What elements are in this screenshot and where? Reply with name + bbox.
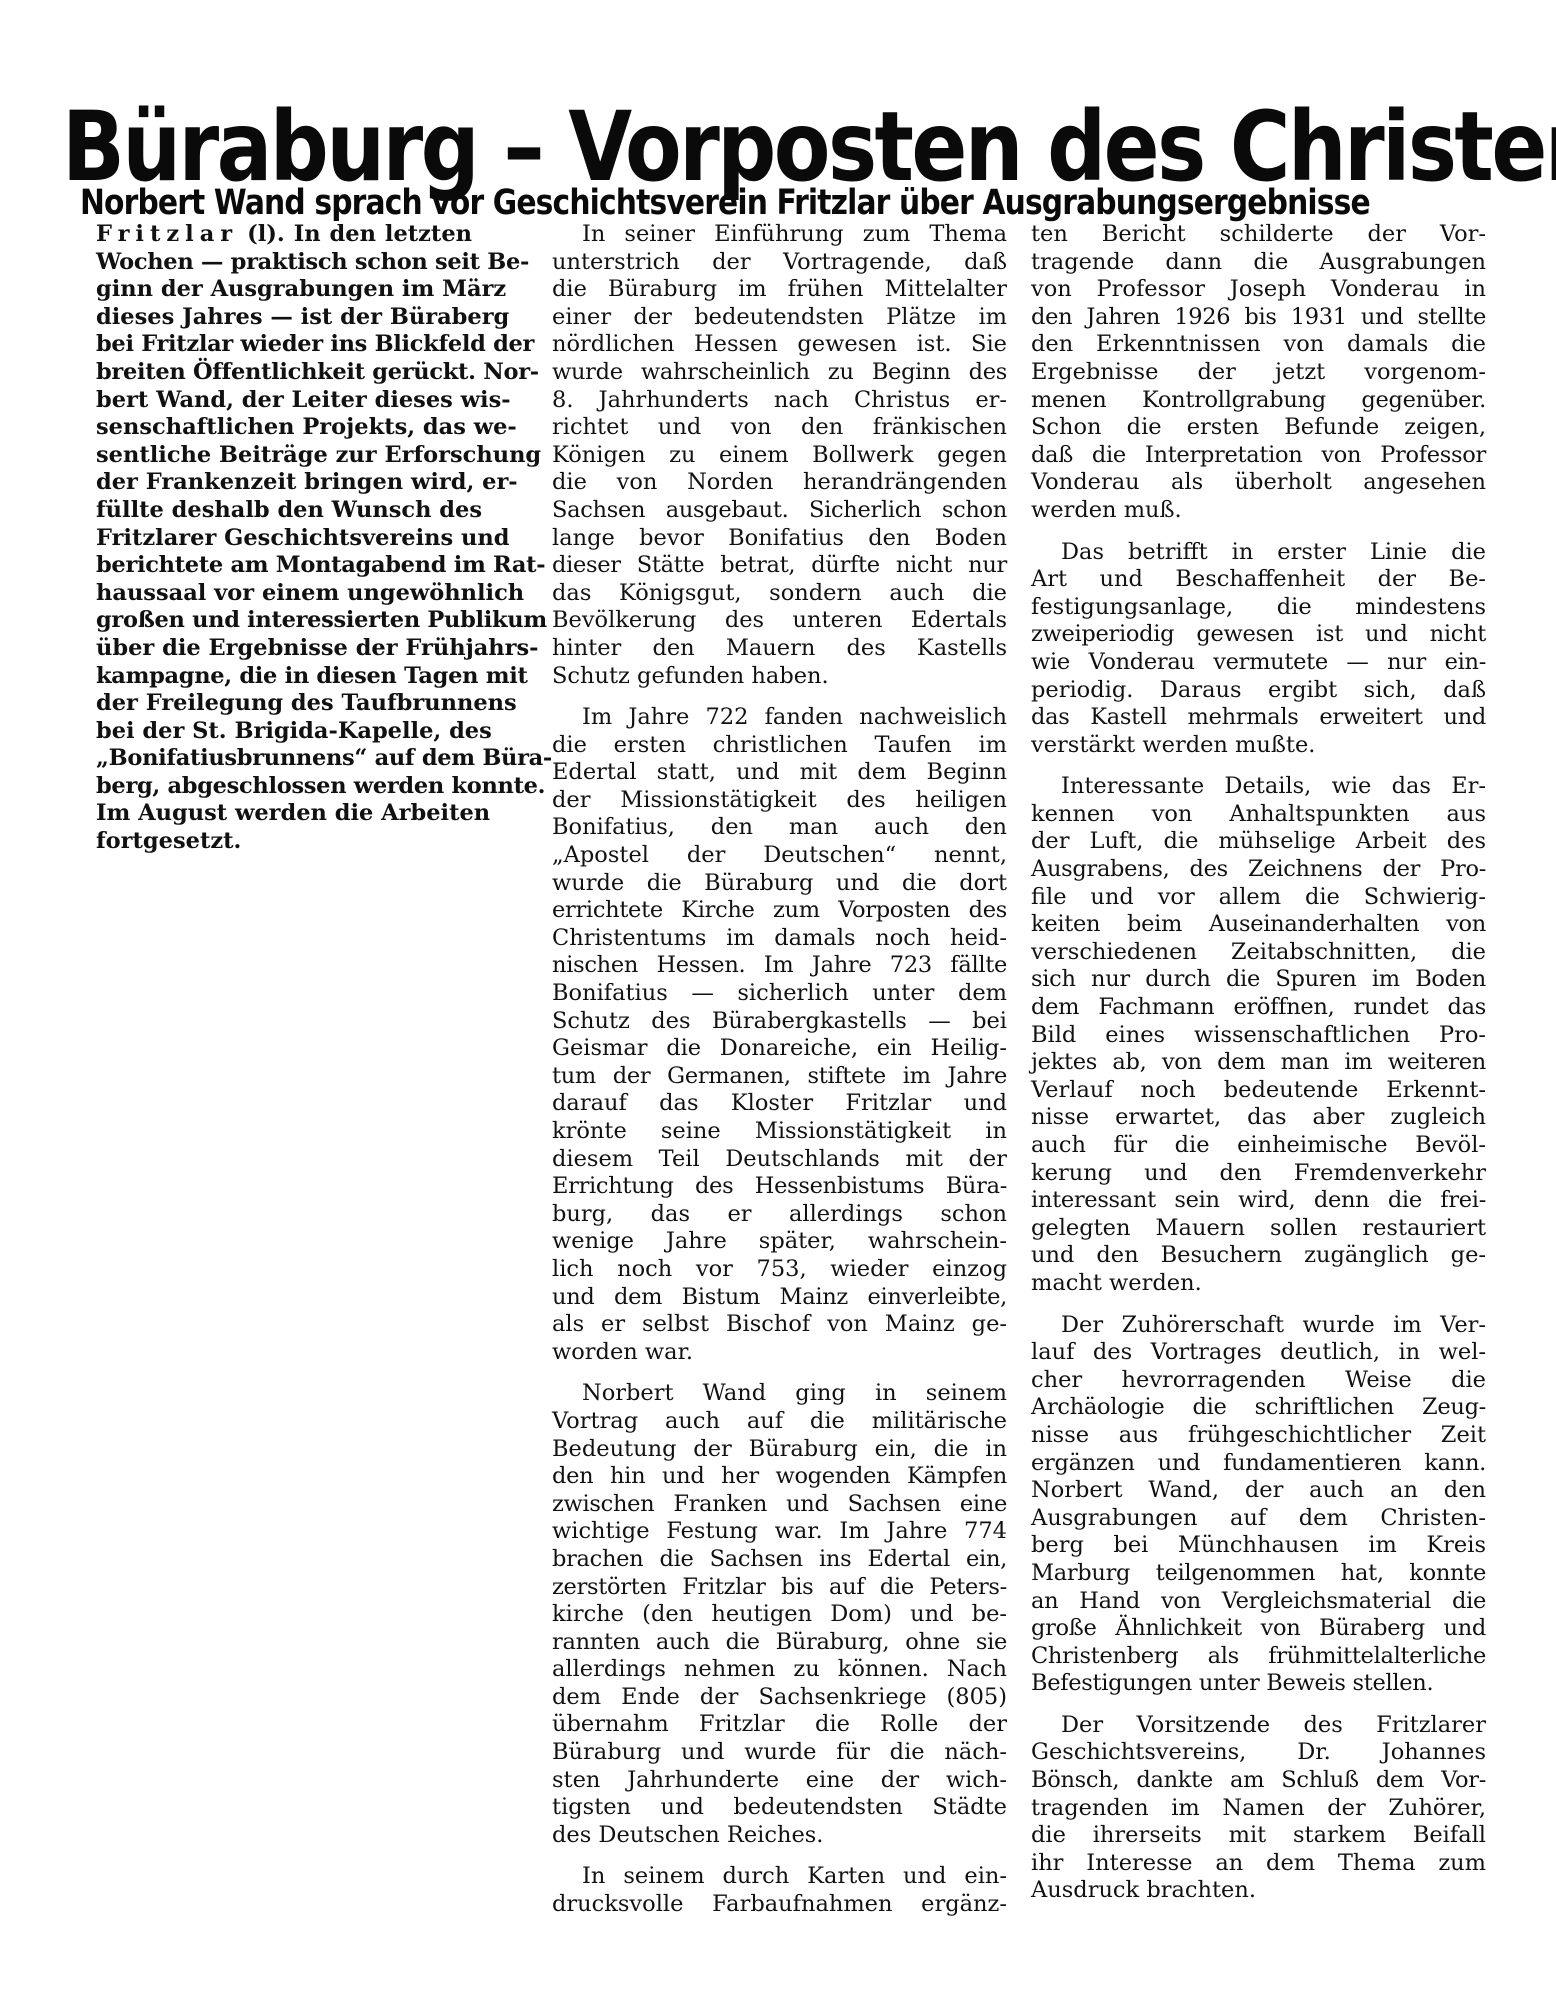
- article-column-2: In seiner Einführung zum Thema unterstri…: [552, 221, 1007, 1933]
- text-line: lich noch vor 753, wieder einzog: [552, 1256, 1007, 1284]
- text-line: kirche (den heutigen Dom) und be-: [552, 1601, 1007, 1629]
- text-line: Ergebnisse der jetzt vorgenom-: [1031, 359, 1486, 387]
- text-line: Sachsen ausgebaut. Sicherlich schon: [552, 497, 1007, 525]
- text-line: Wochen — praktisch schon seit Be-: [96, 249, 472, 277]
- text-line: tum der Germanen, stiftete im Jahre: [552, 1063, 1007, 1091]
- text-line: menen Kontrollgrabung gegenüber.: [1031, 387, 1486, 415]
- text-line: haussaal vor einem ungewöhnlich: [96, 580, 472, 608]
- text-line: In seiner Einführung zum Thema: [552, 221, 1007, 249]
- text-line: keiten beim Auseinanderhalten von: [1031, 911, 1486, 939]
- text-line: die Büraburg im frühen Mittelalter: [552, 276, 1007, 304]
- text-line: breiten Öffentlichkeit gerückt. Nor-: [96, 359, 472, 387]
- text-line: errichtete Kirche zum Vorposten des: [552, 897, 1007, 925]
- text-line: Art und Beschaffenheit der Be-: [1031, 566, 1486, 594]
- text-line: verstärkt werden mußte.: [1031, 732, 1486, 760]
- text-line: worden war.: [552, 1339, 1007, 1367]
- text-line: daß die Interpretation von Professor: [1031, 442, 1486, 470]
- text-line: berg bei Münchhausen im Kreis: [1031, 1532, 1486, 1560]
- text-line: Ausdruck brachten.: [1031, 1877, 1486, 1905]
- text-line: ergänzen und fundamentieren kann.: [1031, 1450, 1486, 1478]
- text-line: kennen von Anhaltspunkten aus: [1031, 801, 1486, 829]
- text-line: Schutz des Bürabergkastells — bei: [552, 1008, 1007, 1036]
- text-line: bert Wand, der Leiter dieses wis-: [96, 387, 472, 415]
- text-line: dieses Jahres — ist der Büraberg: [96, 304, 472, 332]
- text-line: kampagne, die in diesen Tagen mit: [96, 663, 472, 691]
- lead-paragraph: Fritzlar (l). In den letzten Wochen — pr…: [96, 221, 472, 856]
- text-line: das Kastell mehrmals erweitert und: [1031, 704, 1486, 732]
- text-line: berichtete am Montagabend im Rat-: [96, 552, 472, 580]
- text-line: zweiperiodig gewesen ist und nicht: [1031, 621, 1486, 649]
- text-line: auch für die einheimische Bevöl-: [1031, 1132, 1486, 1160]
- text-line: tragende dann die Ausgrabungen: [1031, 249, 1486, 277]
- text-line: verschiedenen Zeitabschnitten, die: [1031, 939, 1486, 967]
- text-line: interessant sein wird, denn die frei-: [1031, 1187, 1486, 1215]
- text-line: wie Vonderau vermutete — nur ein-: [1031, 649, 1486, 677]
- text-line: zwischen Franken und Sachsen eine: [552, 1491, 1007, 1519]
- text-line: von Professor Joseph Vonderau in: [1031, 276, 1486, 304]
- paragraph-thanks: Der Vorsitzende des Fritzlarer Geschicht…: [1031, 1712, 1486, 1905]
- text-line: In seinem durch Karten und ein-: [552, 1863, 1007, 1891]
- article-column-3: ten Bericht schilderte der Vor- tragende…: [1031, 221, 1486, 1919]
- text-line: der Freilegung des Taufbrunnens: [96, 690, 472, 718]
- text-line: der Missionstätigkeit des heiligen: [552, 787, 1007, 815]
- text-line: rannten auch die Büraburg, ohne sie: [552, 1629, 1007, 1657]
- text-line: tigsten und bedeutendsten Städte: [552, 1794, 1007, 1822]
- paragraph-fortification: Das betrifft in erster Linie die Art und…: [1031, 539, 1486, 760]
- text-line: Der Zuhörerschaft wurde im Ver-: [1031, 1312, 1486, 1340]
- text-line: „Bonifatiusbrunnens“ auf dem Büra-: [96, 745, 472, 773]
- paragraph-military-significance: Norbert Wand ging in seinem Vortrag auch…: [552, 1380, 1007, 1849]
- text-line: darauf das Kloster Fritzlar und: [552, 1090, 1007, 1118]
- text-line: und den Besuchern zugänglich ge-: [1031, 1242, 1486, 1270]
- text-line: Im Jahre 722 fanden nachweislich: [552, 704, 1007, 732]
- text-line: Verlauf noch bedeutende Erkennt-: [1031, 1077, 1486, 1105]
- text-line: wurde wahrscheinlich zu Beginn des: [552, 359, 1007, 387]
- text-line: Geismar die Donareiche, ein Heilig-: [552, 1035, 1007, 1063]
- text-line: file und vor allem die Schwierig-: [1031, 884, 1486, 912]
- text-line: die ersten christlichen Taufen im: [552, 732, 1007, 760]
- text-line: jektes ab, von dem man im weiteren: [1031, 1049, 1486, 1077]
- text-line: cher hevrorragenden Weise die: [1031, 1367, 1486, 1395]
- text-line: große Ähnlichkeit von Büraberg und: [1031, 1615, 1486, 1643]
- text-line: Norbert Wand, der auch an den: [1031, 1477, 1486, 1505]
- text-line: gelegten Mauern sollen restauriert: [1031, 1215, 1486, 1243]
- text-line: nördlichen Hessen gewesen ist. Sie: [552, 331, 1007, 359]
- text-line: diesem Teil Deutschlands mit der: [552, 1146, 1007, 1174]
- text-line: lauf des Vortrages deutlich, in wel-: [1031, 1339, 1486, 1367]
- text-line: berg, abgeschlossen werden konnte.: [96, 773, 472, 801]
- text-line: Befestigungen unter Beweis stellen.: [1031, 1670, 1486, 1698]
- text-line: Das betrifft in erster Linie die: [1031, 539, 1486, 567]
- text-line: Vonderau als überholt angesehen: [1031, 469, 1486, 497]
- text-line: über die Ergebnisse der Frühjahrs-: [96, 635, 472, 663]
- text-line: Bonifatius — sicherlich unter dem: [552, 980, 1007, 1008]
- text-line: drucksvolle Farbaufnahmen ergänz-: [552, 1891, 1007, 1919]
- text-line: Edertal statt, und mit dem Beginn: [552, 759, 1007, 787]
- paragraph-audience: Der Zuhörerschaft wurde im Ver- lauf des…: [1031, 1312, 1486, 1698]
- text-line: und dem Bistum Mainz einverleibte,: [552, 1284, 1007, 1312]
- text-line: der Frankenzeit bringen wird, er-: [96, 469, 472, 497]
- text-line: wenige Jahre später, wahrschein-: [552, 1228, 1007, 1256]
- text-line: Büraburg und wurde für die näch-: [552, 1739, 1007, 1767]
- text-line: einer der bedeutendsten Plätze im: [552, 304, 1007, 332]
- text-line: 8. Jahrhunderts nach Christus er-: [552, 387, 1007, 415]
- text-line: Schutz gefunden haben.: [552, 663, 1007, 691]
- text-line: Ausgrabens, des Zeichnens der Pro-: [1031, 856, 1486, 884]
- text-line: nischen Hessen. Im Jahre 723 fällte: [552, 952, 1007, 980]
- text-line: Im August werden die Arbeiten: [96, 800, 472, 828]
- text-line: sten Jahrhunderte eine der wich-: [552, 1767, 1007, 1795]
- text-line: Schon die ersten Befunde zeigen,: [1031, 414, 1486, 442]
- text-line: ihr Interesse an dem Thema zum: [1031, 1850, 1486, 1878]
- text-line: großen und interessierten Publikum: [96, 607, 472, 635]
- text-line: bei Fritzlar wieder ins Blickfeld der: [96, 331, 472, 359]
- text-line: Königen zu einem Bollwerk gegen: [552, 442, 1007, 470]
- text-line: allerdings nehmen zu können. Nach: [552, 1656, 1007, 1684]
- text-line: Bild eines wissenschaftlichen Pro-: [1031, 1022, 1486, 1050]
- text-line: füllte deshalb den Wunsch des: [96, 497, 472, 525]
- text-line: Norbert Wand ging in seinem: [552, 1380, 1007, 1408]
- text-line: nisse aus frühgeschichtlicher Zeit: [1031, 1422, 1486, 1450]
- paragraph-details: Interessante Details, wie das Er- kennen…: [1031, 773, 1486, 1297]
- text-line: Der Vorsitzende des Fritzlarer: [1031, 1712, 1486, 1740]
- text-line: sich nur durch die Spuren im Boden: [1031, 966, 1486, 994]
- text-line: als er selbst Bischof von Mainz ge-: [552, 1311, 1007, 1339]
- text-line: richtet und von den fränkischen: [552, 414, 1007, 442]
- text-line: Archäologie die schriftlichen Zeug-: [1031, 1394, 1486, 1422]
- text-line: hinter den Mauern des Kastells: [552, 635, 1007, 663]
- text-line: fortgesetzt.: [96, 828, 472, 856]
- paragraph-report-start: In seinem durch Karten und ein- drucksvo…: [552, 1863, 1007, 1918]
- text-line: nisse erwartet, das aber zugleich: [1031, 1104, 1486, 1132]
- text-line: des Deutschen Reiches.: [552, 1822, 1007, 1850]
- text-line: lange bevor Bonifatius den Boden: [552, 525, 1007, 553]
- text-line: unterstrich der Vortragende, daß: [552, 249, 1007, 277]
- subheadline: Norbert Wand sprach vor Geschichtsverein…: [80, 181, 1304, 225]
- text-line: festigungsanlage, die mindestens: [1031, 594, 1486, 622]
- text-line: zerstörten Fritzlar bis auf die Peters-: [552, 1574, 1007, 1602]
- text-line: Bönsch, dankte am Schluß dem Vor-: [1031, 1767, 1486, 1795]
- article-column-1: Fritzlar (l). In den letzten Wochen — pr…: [96, 221, 472, 870]
- text-line: Bonifatius, den man auch den: [552, 814, 1007, 842]
- text-line: Fritzlarer Geschichtsvereins und: [96, 525, 472, 553]
- text-line: der Luft, die mühselige Arbeit des: [1031, 828, 1486, 856]
- text-line: brachen die Sachsen ins Edertal ein,: [552, 1546, 1007, 1574]
- text-line: bei der St. Brigida-Kapelle, des: [96, 718, 472, 746]
- text-line: Christentums im damals noch heid-: [552, 925, 1007, 953]
- text-line: Christenberg als frühmittelalterliche: [1031, 1643, 1486, 1671]
- text-line: Vortrag auch auf die militärische: [552, 1408, 1007, 1436]
- text-line: kerung und den Fremdenverkehr: [1031, 1160, 1486, 1188]
- text-line: ten Bericht schilderte der Vor-: [1031, 221, 1486, 249]
- text-line: die von Norden herandrängenden: [552, 469, 1007, 497]
- text-line: „Apostel der Deutschen“ nennt,: [552, 842, 1007, 870]
- text-line: den Jahren 1926 bis 1931 und stellte: [1031, 304, 1486, 332]
- text-line: an Hand von Vergleichsmaterial die: [1031, 1588, 1486, 1616]
- text-line: wurde die Büraburg und die dort: [552, 870, 1007, 898]
- text-line: tragenden im Namen der Zuhörer,: [1031, 1795, 1486, 1823]
- text-line: Geschichtsvereins, Dr. Johannes: [1031, 1739, 1486, 1767]
- text-line: macht werden.: [1031, 1270, 1486, 1298]
- text-line: die ihrerseits mit starkem Beifall: [1031, 1822, 1486, 1850]
- text-line: krönte seine Missionstätigkeit in: [552, 1118, 1007, 1146]
- text-line: Marburg teilgenommen hat, konnte: [1031, 1560, 1486, 1588]
- paragraph-report-continued: ten Bericht schilderte der Vor- tragende…: [1031, 221, 1486, 525]
- text-line: senschaftlichen Projekts, das we-: [96, 414, 472, 442]
- dateline: Fritzlar: [96, 221, 238, 247]
- text-line: sentliche Beiträge zur Erforschung: [96, 442, 472, 470]
- text-line: dem Fachmann eröffnen, rundet das: [1031, 994, 1486, 1022]
- text-line: den Erkenntnissen von damals die: [1031, 331, 1486, 359]
- text-line: wichtige Festung war. Im Jahre 774: [552, 1518, 1007, 1546]
- paragraph-year-722: Im Jahre 722 fanden nachweislich die ers…: [552, 704, 1007, 1366]
- text-line: Bedeutung der Büraburg ein, die in: [552, 1436, 1007, 1464]
- paragraph-introduction: In seiner Einführung zum Thema unterstri…: [552, 221, 1007, 690]
- text-line: den hin und her wogenden Kämpfen: [552, 1463, 1007, 1491]
- text-line: Fritzlar (l). In den letzten: [96, 221, 472, 249]
- text-line: übernahm Fritzlar die Rolle der: [552, 1711, 1007, 1739]
- text-line: dieser Stätte betrat, dürfte nicht nur: [552, 552, 1007, 580]
- text-line: Bevölkerung des unteren Edertals: [552, 607, 1007, 635]
- text-line: dem Ende der Sachsenkriege (805): [552, 1684, 1007, 1712]
- text-line: burg, das er allerdings schon: [552, 1201, 1007, 1229]
- text-line: Errichtung des Hessenbistums Büra-: [552, 1173, 1007, 1201]
- text-line: periodig. Daraus ergibt sich, daß: [1031, 677, 1486, 705]
- text-line: werden muß.: [1031, 497, 1486, 525]
- text-line: Ausgrabungen auf dem Christen-: [1031, 1505, 1486, 1533]
- text-line: Interessante Details, wie das Er-: [1031, 773, 1486, 801]
- text-line: das Königsgut, sondern auch die: [552, 580, 1007, 608]
- text-line: ginn der Ausgrabungen im März: [96, 276, 472, 304]
